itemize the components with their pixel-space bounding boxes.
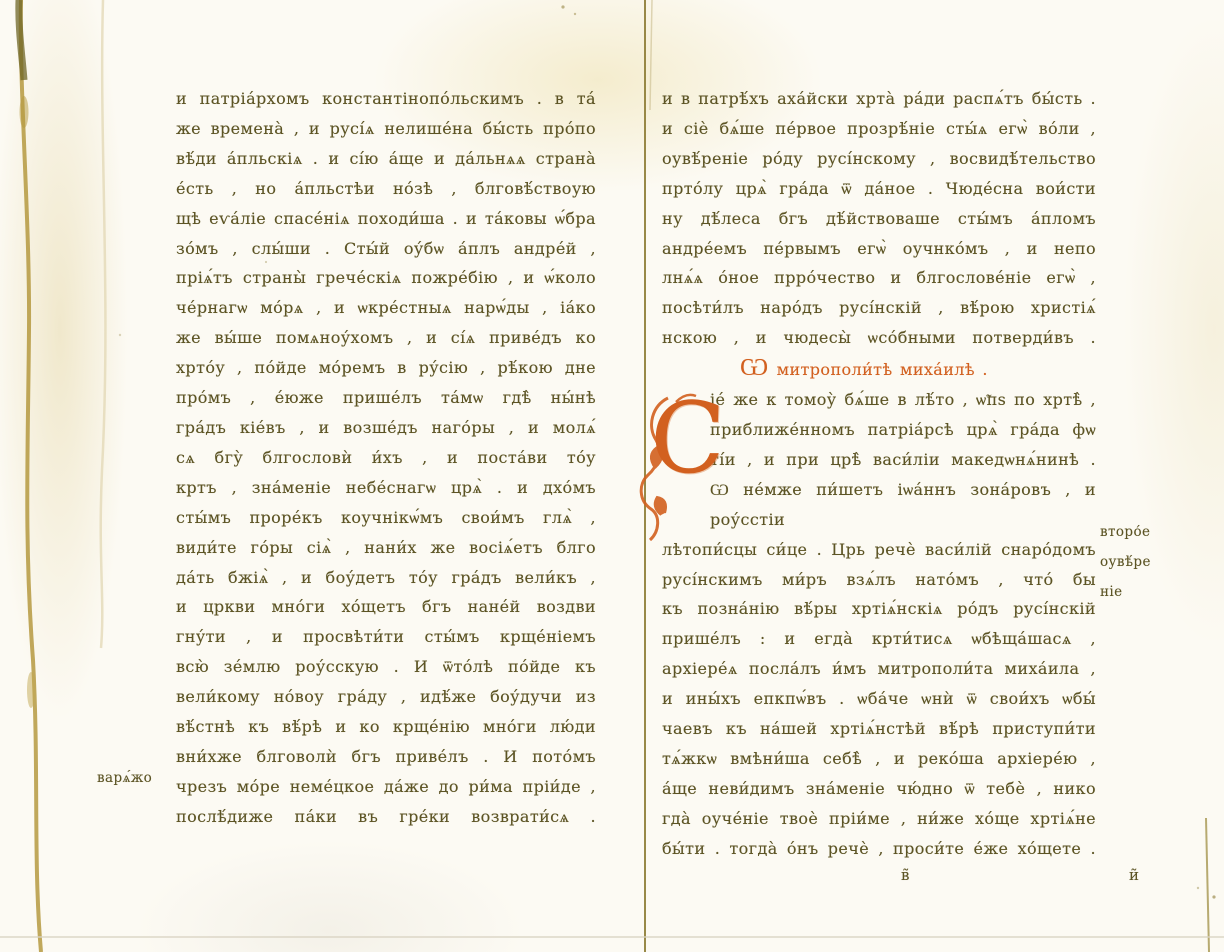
text-line: Ѡ не́мже пи́шетъ іѡа́ннъ зона́ровъ , и р… [662,475,1096,535]
rubric-text: митрополи́тѣ миха́илѣ . [769,360,988,379]
quire-signature-right: и̃ [1129,866,1139,884]
text-line: приближе́нномъ патріа́рсѣ црѧ̀ гра́да фѡ [662,415,1096,445]
text-line: андре́емъ пе́рвымъ егѡ̀ оучнко́мъ , и не… [662,234,1096,264]
rubric-initial-letter: Ѡ [740,353,769,381]
text-line: про́мъ , е́юже прише́лъ та́мѡ гдѣ̀ ны́нѣ [176,383,596,413]
right-page-paragraph-with-initial: іе́ же к томоу̀ бѧ́ше в лѣ́то , ѡ̃пѕ по … [662,385,1096,535]
text-line: лѣтопи́сцы си́це . Црь речѐ васи́лій сна… [662,535,1096,565]
quire-signature-left: в̃ [901,866,909,884]
text-line: вни́хже блговолѝ бгъ приве́лъ . И пото́м… [176,742,596,772]
text-line: русі́нскимъ ми́ръ взѧ́лъ нато́мъ , что́ … [662,565,1096,595]
text-line: щѣ еѵа́ліе спасе́ніѧ походи́ша . и та́ко… [176,204,596,234]
text-line: види́те го́ры сіѧ̀ , нани́х же восіѧ́етъ… [176,533,596,563]
text-line: лнѧ́ѧ о́ное прро́чество и блгослове́ніе … [662,263,1096,293]
text-line: и сіѐ бѧ́ше пе́рвое прозрѣ́ніе сты́ѧ егѡ… [662,114,1096,144]
text-line: кртъ , зна́меніе небе́снагѡ црѧ̀ . и дхо… [176,473,596,503]
text-line: всю̀ зе́млю роу́сскую . И ѿто́лѣ по́йде … [176,652,596,682]
text-line: тѧ́жкѡ вмѣни́ша себѣ̀ , и реко́ша архіер… [662,744,1096,774]
text-line: че́рнагѡ мо́рѧ , и ѡкре́стныѧ нарѡ́ды , … [176,293,596,323]
text-line: же времена̀ , и русі́ѧ нелише́на бы́сть … [176,114,596,144]
text-line: да́ть бжіѧ̀ , и боу́детъ то́у гра́дъ вел… [176,563,596,593]
text-line: чрезъ мо́ре неме́цкое да́же до ри́ма прі… [176,772,596,802]
margin-note-left: варѧ́жо [97,763,152,793]
text-line: е́сть , но а́пльстѣи но́зѣ , блговѣ́ство… [176,174,596,204]
text-line: прто́лу црѧ̀ гра́да ѿ да́ное . Чюде́сна … [662,174,1096,204]
text-line: нскою , и чюдесы̀ ѡсо́бными потверди́въ … [662,323,1096,353]
margin-note-line: второ́е [1100,517,1190,547]
text-line: оувѣ́реніе ро́ду русі́нскому , восвидѣ́т… [662,144,1096,174]
text-line: и патріа́рхомъ константінопо́льскимъ . в… [176,84,596,114]
text-line: ну дѣ́леса бгъ дѣ́йствоваше сты́мъ а́пло… [662,204,1096,234]
right-page-top-lines: и в патрѣ́хъ аха́йски хрта̀ ра́ди распѧ́… [662,84,1096,353]
text-line: сѧ бгу̀ блгословѝ и́хъ , и поста́ви то́у [176,443,596,473]
text-line: ті́и , и при црѣ̀ васи́ліи македѡнѧ́нинѣ… [662,445,1096,475]
text-line: а́ще неви́димъ зна́меніе чю́дно ѿ тебѐ ,… [662,774,1096,804]
text-line: послѣ́диже па́ки въ гре́ки возврати́сѧ . [176,802,596,832]
drop-cap-initial: С [648,380,713,510]
text-line: же вы́ше помѧноу́хомъ , и сі́ѧ приве́дъ … [176,323,596,353]
right-page-text: и в патрѣ́хъ аха́йски хрта̀ ра́ди распѧ́… [662,84,1096,864]
text-line: іе́ же к томоу̀ бѧ́ше в лѣ́то , ѡ̃пѕ по … [662,385,1096,415]
left-page-text: и патріа́рхомъ константінопо́льскимъ . в… [176,84,596,832]
margin-note-line: оувѣ́ре [1100,547,1190,577]
text-line: и цркви мно́ги хо́щетъ бгъ нане́й воздви [176,592,596,622]
text-line: бы́ти . тогда̀ о́нъ речѐ , проси́те е́же… [662,834,1096,864]
right-page-edge [1206,818,1209,952]
text-line: къ позна́нію вѣ́ры хртіѧ́нскіѧ ро́дъ рус… [662,594,1096,624]
text-line: и ины́хъ епкпѡ́въ . ѡба́че ѡнѝ ѿ свои́хъ… [662,684,1096,714]
text-line: пріѧ́тъ страны̀ грече́скіѧ пожре́бію , и… [176,263,596,293]
text-line: и в патрѣ́хъ аха́йски хрта̀ ра́ди распѧ́… [662,84,1096,114]
rubric-heading: Ѡ митрополи́тѣ миха́илѣ . [662,353,1096,385]
text-line: посѣти́лъ наро́дъ русі́нскій , вѣ́рою хр… [662,293,1096,323]
text-line: зо́мъ , слы́ши . Сты́й оу́бѡ а́плъ андре… [176,234,596,264]
text-line: архіере́ѧ посла́лъ и́мъ митрополи́та мих… [662,654,1096,684]
text-line: гра́дъ кіе́въ , и возше́дъ наго́ры , и м… [176,413,596,443]
text-line: хрто́у , по́йде мо́ремъ в ру́сію , рѣ́ко… [176,353,596,383]
margin-note-line: ніе [1100,577,1190,607]
text-line: вели́кому но́воу гра́ду , идѣ́же боу́дуч… [176,682,596,712]
margin-note-right: второ́еоувѣ́реніе [1100,517,1190,607]
right-page-bottom-lines: лѣтопи́сцы си́це . Црь речѐ васи́лій сна… [662,535,1096,864]
text-line: сты́мъ проре́къ коучнікѡ́мъ свои́мъ глѧ̀… [176,503,596,533]
page-crease [101,0,106,648]
left-page-edge-dark [19,0,24,80]
book-spread: и патріа́рхомъ константінопо́льскимъ . в… [0,0,1224,952]
left-page-edge [21,0,41,952]
text-line: гда̀ оуче́ніе твоѐ пріи́ме , ни́же хо́ще… [662,804,1096,834]
text-line: прише́лъ : и егда̀ крти́тисѧ ѡбѣща́шасѧ … [662,624,1096,654]
text-line: гну́ти , и просвѣти́ти сты́мъ крще́ніемъ [176,622,596,652]
text-line: вѣ́стнѣ къ вѣ́рѣ и ко крще́нію мно́ги лю… [176,712,596,742]
text-line: вѣ́ди а́пльскіѧ . и сі́ю а́ще и да́льнѧѧ… [176,144,596,174]
text-line: чаевъ къ на́шей хртіѧ́нстѣй вѣ́рѣ присту… [662,714,1096,744]
